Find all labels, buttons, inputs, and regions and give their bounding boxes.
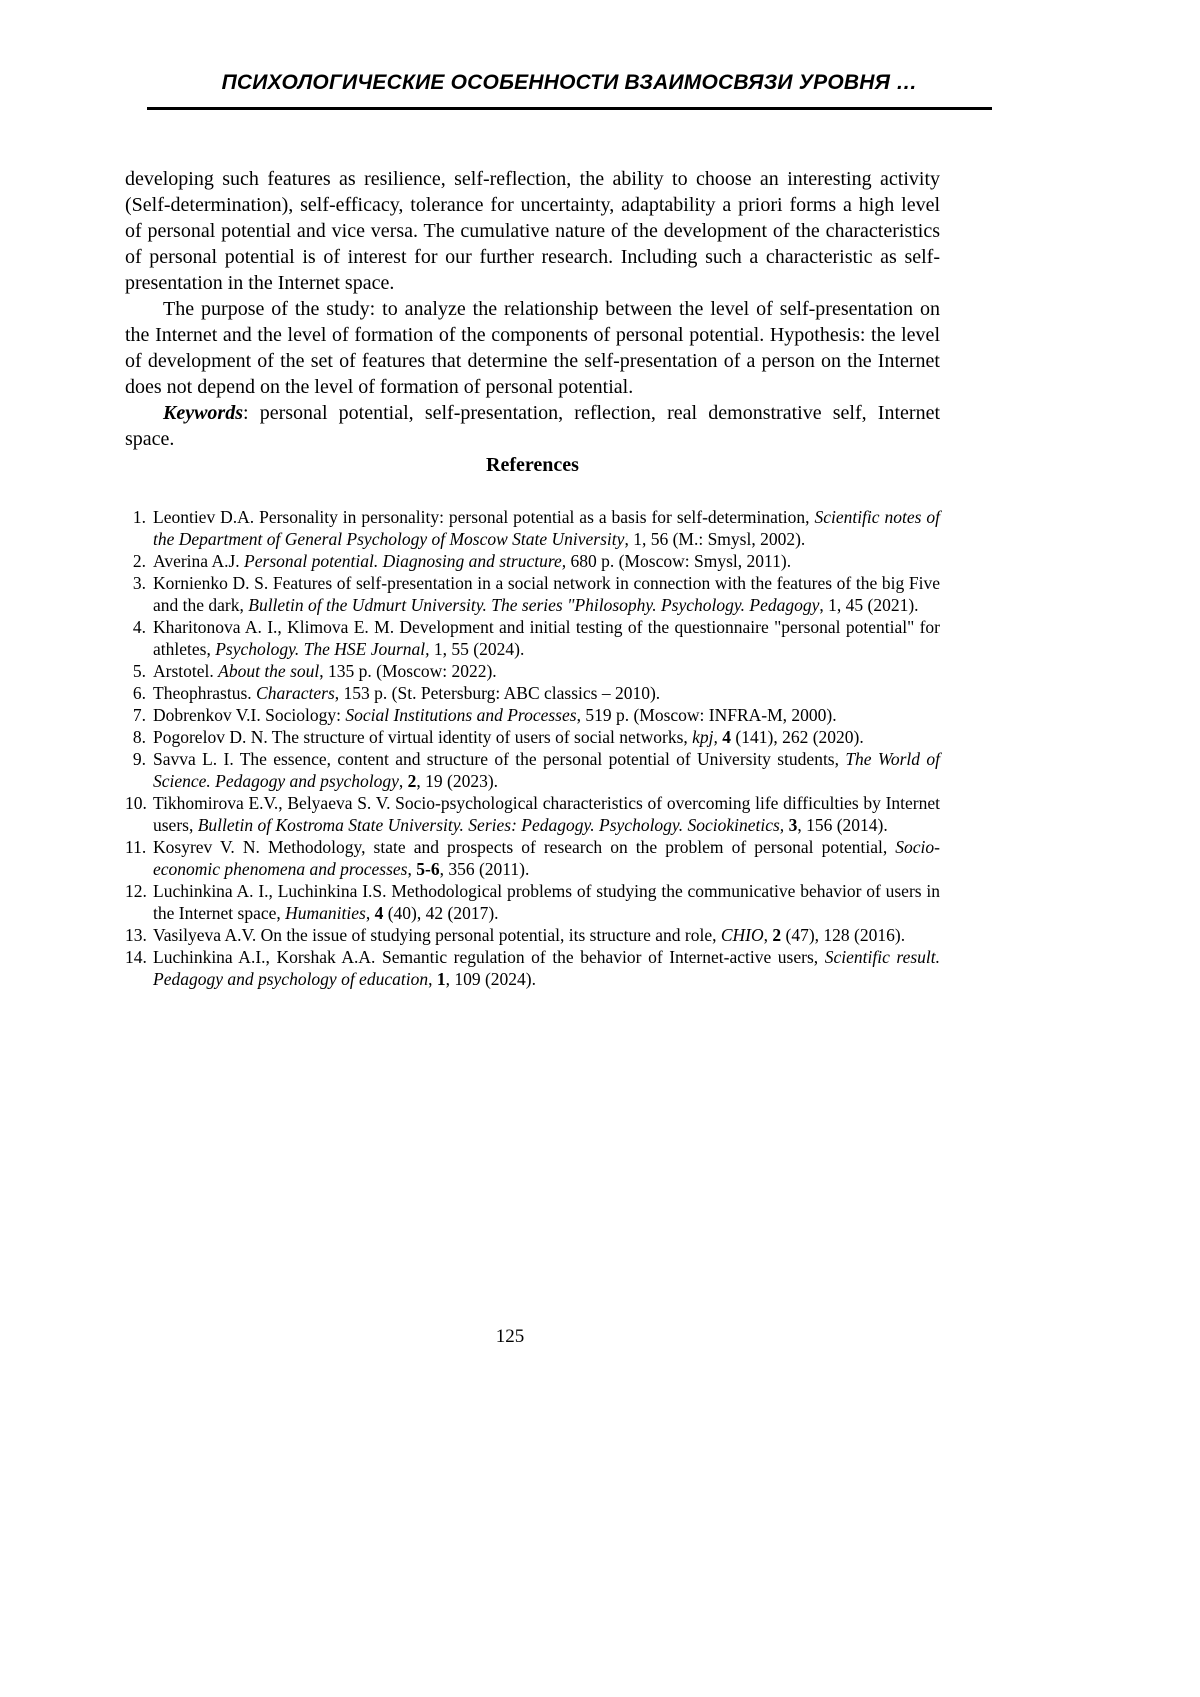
text-segment: , [428, 969, 437, 989]
text-segment: , 1, 45 (2021). [819, 595, 918, 615]
reference-number: 14. [125, 946, 146, 968]
reference-item: 11.Kosyrev V. N. Methodology, state and … [125, 836, 940, 880]
reference-text: Pogorelov D. N. The structure of virtual… [153, 727, 864, 747]
text-segment: developing such features as resilience, … [125, 168, 940, 294]
references-heading: References [125, 452, 940, 478]
reference-number: 4. [125, 616, 146, 638]
running-header: ПСИХОЛОГИЧЕСКИЕ ОСОБЕННОСТИ ВЗАИМОСВЯЗИ … [147, 70, 992, 110]
reference-text: Averina A.J. Personal potential. Diagnos… [153, 551, 791, 571]
reference-number: 8. [125, 726, 146, 748]
abstract-block: developing such features as resilience, … [125, 166, 940, 452]
reference-number: 11. [125, 836, 146, 858]
text-segment: Keywords [163, 402, 243, 424]
text-segment: , 153 p. (St. Petersburg: ABC classics –… [335, 683, 660, 703]
reference-item: 4.Kharitonova A. I., Klimova E. M. Devel… [125, 616, 940, 660]
text-segment: : personal potential, self-presentation,… [125, 402, 940, 450]
reference-item: 7.Dobrenkov V.I. Sociology: Social Insti… [125, 704, 940, 726]
reference-item: 6.Theophrastus. Characters, 153 p. (St. … [125, 682, 940, 704]
reference-number: 10. [125, 792, 146, 814]
text-segment: 5-6 [416, 859, 439, 879]
abstract-paragraph: developing such features as resilience, … [125, 166, 940, 296]
reference-number: 13. [125, 924, 146, 946]
reference-text: Theophrastus. Characters, 153 p. (St. Pe… [153, 683, 660, 703]
reference-text: Vasilyeva A.V. On the issue of studying … [153, 925, 905, 945]
reference-number: 1. [125, 506, 146, 528]
reference-number: 2. [125, 550, 146, 572]
reference-text: Leontiev D.A. Personality in personality… [153, 507, 940, 549]
text-segment: CHIO [721, 925, 764, 945]
text-segment: Luchinkina A.I., Korshak A.A. Semantic r… [153, 947, 825, 967]
reference-text: Luchinkina A. I., Luchinkina I.S. Method… [153, 881, 940, 923]
reference-text: Luchinkina A.I., Korshak A.A. Semantic r… [153, 947, 940, 989]
text-segment: Savva L. I. The essence, content and str… [153, 749, 845, 769]
text-segment: Characters [256, 683, 335, 703]
text-segment: (141), 262 (2020). [731, 727, 864, 747]
text-segment: kpj, [692, 727, 718, 747]
text-segment: 1 [437, 969, 446, 989]
text-segment: Dobrenkov V.I. Sociology: [153, 705, 345, 725]
reference-item: 10.Tikhomirova E.V., Belyaeva S. V. Soci… [125, 792, 940, 836]
text-segment: (47), 128 (2016). [781, 925, 905, 945]
reference-number: 9. [125, 748, 146, 770]
reference-text: Dobrenkov V.I. Sociology: Social Institu… [153, 705, 837, 725]
text-segment: 2 [772, 925, 781, 945]
text-segment: 1, 55 (2024). [430, 639, 525, 659]
reference-item: 12.Luchinkina A. I., Luchinkina I.S. Met… [125, 880, 940, 924]
text-segment: Personal potential. Diagnosing and struc… [244, 551, 566, 571]
reference-item: 5.Arstotel. About the soul, 135 p. (Mosc… [125, 660, 940, 682]
text-segment: Leontiev D.A. Personality in personality… [153, 507, 814, 527]
reference-item: 8.Pogorelov D. N. The structure of virtu… [125, 726, 940, 748]
text-segment: The purpose of the study: to analyze the… [125, 298, 940, 398]
abstract-paragraph: Keywords: personal potential, self-prese… [125, 400, 940, 452]
text-segment: , [366, 903, 375, 923]
reference-item: 13.Vasilyeva A.V. On the issue of studyi… [125, 924, 940, 946]
text-segment: , [399, 771, 408, 791]
reference-item: 14.Luchinkina A.I., Korshak A.A. Semanti… [125, 946, 940, 990]
reference-number: 3. [125, 572, 146, 594]
reference-number: 5. [125, 660, 146, 682]
text-segment: Vasilyeva A.V. On the issue of studying … [153, 925, 721, 945]
reference-item: 3.Kornienko D. S. Features of self-prese… [125, 572, 940, 616]
page-number: 125 [468, 1325, 552, 1349]
references-list: 1.Leontiev D.A. Personality in personali… [125, 506, 940, 990]
text-segment: Bulletin of the Udmurt University. The s… [248, 595, 819, 615]
text-segment: (40), 42 (2017). [383, 903, 498, 923]
text-segment: Psychology. The HSE Journal, [215, 639, 429, 659]
reference-text: Arstotel. About the soul, 135 p. (Moscow… [153, 661, 497, 681]
abstract-paragraph: The purpose of the study: to analyze the… [125, 296, 940, 400]
reference-text: Kharitonova A. I., Klimova E. M. Develop… [153, 617, 940, 659]
text-segment: , 1, 56 (M.: Smysl, 2002). [624, 529, 805, 549]
text-segment: Theophrastus. [153, 683, 256, 703]
reference-text: Kornienko D. S. Features of self-present… [153, 573, 940, 615]
reference-number: 7. [125, 704, 146, 726]
text-segment: , 135 p. (Moscow: 2022). [319, 661, 496, 681]
text-segment: , 356 (2011). [440, 859, 530, 879]
reference-item: 2.Averina A.J. Personal potential. Diagn… [125, 550, 940, 572]
text-segment: 3 [789, 815, 798, 835]
document-page: ПСИХОЛОГИЧЕСКИЕ ОСОБЕННОСТИ ВЗАИМОСВЯЗИ … [0, 0, 1200, 1697]
text-segment: , 109 (2024). [446, 969, 536, 989]
text-segment: Humanities [285, 903, 366, 923]
reference-text: Savva L. I. The essence, content and str… [153, 749, 940, 791]
reference-text: Kosyrev V. N. Methodology, state and pro… [153, 837, 940, 879]
reference-number: 6. [125, 682, 146, 704]
text-segment: Kosyrev V. N. Methodology, state and pro… [153, 837, 895, 857]
text-segment: , 19 (2023). [416, 771, 498, 791]
text-segment: Bulletin of Kostroma State University. S… [198, 815, 784, 835]
text-segment: Averina A.J. [153, 551, 244, 571]
text-segment: 680 p. (Moscow: Smysl, 2011). [566, 551, 791, 571]
text-segment: , [408, 859, 417, 879]
reference-item: 9.Savva L. I. The essence, content and s… [125, 748, 940, 792]
text-segment: , 156 (2014). [797, 815, 887, 835]
text-segment: Arstotel. [153, 661, 218, 681]
text-segment: Pogorelov D. N. The structure of virtual… [153, 727, 692, 747]
page-content: developing such features as resilience, … [125, 166, 940, 990]
reference-text: Tikhomirova E.V., Belyaeva S. V. Socio-p… [153, 793, 940, 835]
text-segment: 4 [722, 727, 731, 747]
reference-number: 12. [125, 880, 146, 902]
text-segment: , 519 p. (Moscow: INFRA-M, 2000). [577, 705, 837, 725]
reference-item: 1.Leontiev D.A. Personality in personali… [125, 506, 940, 550]
text-segment: Luchinkina A. I., Luchinkina I.S. Method… [153, 881, 940, 923]
text-segment: Social Institutions and Processes [345, 705, 576, 725]
text-segment: About the soul [218, 661, 319, 681]
